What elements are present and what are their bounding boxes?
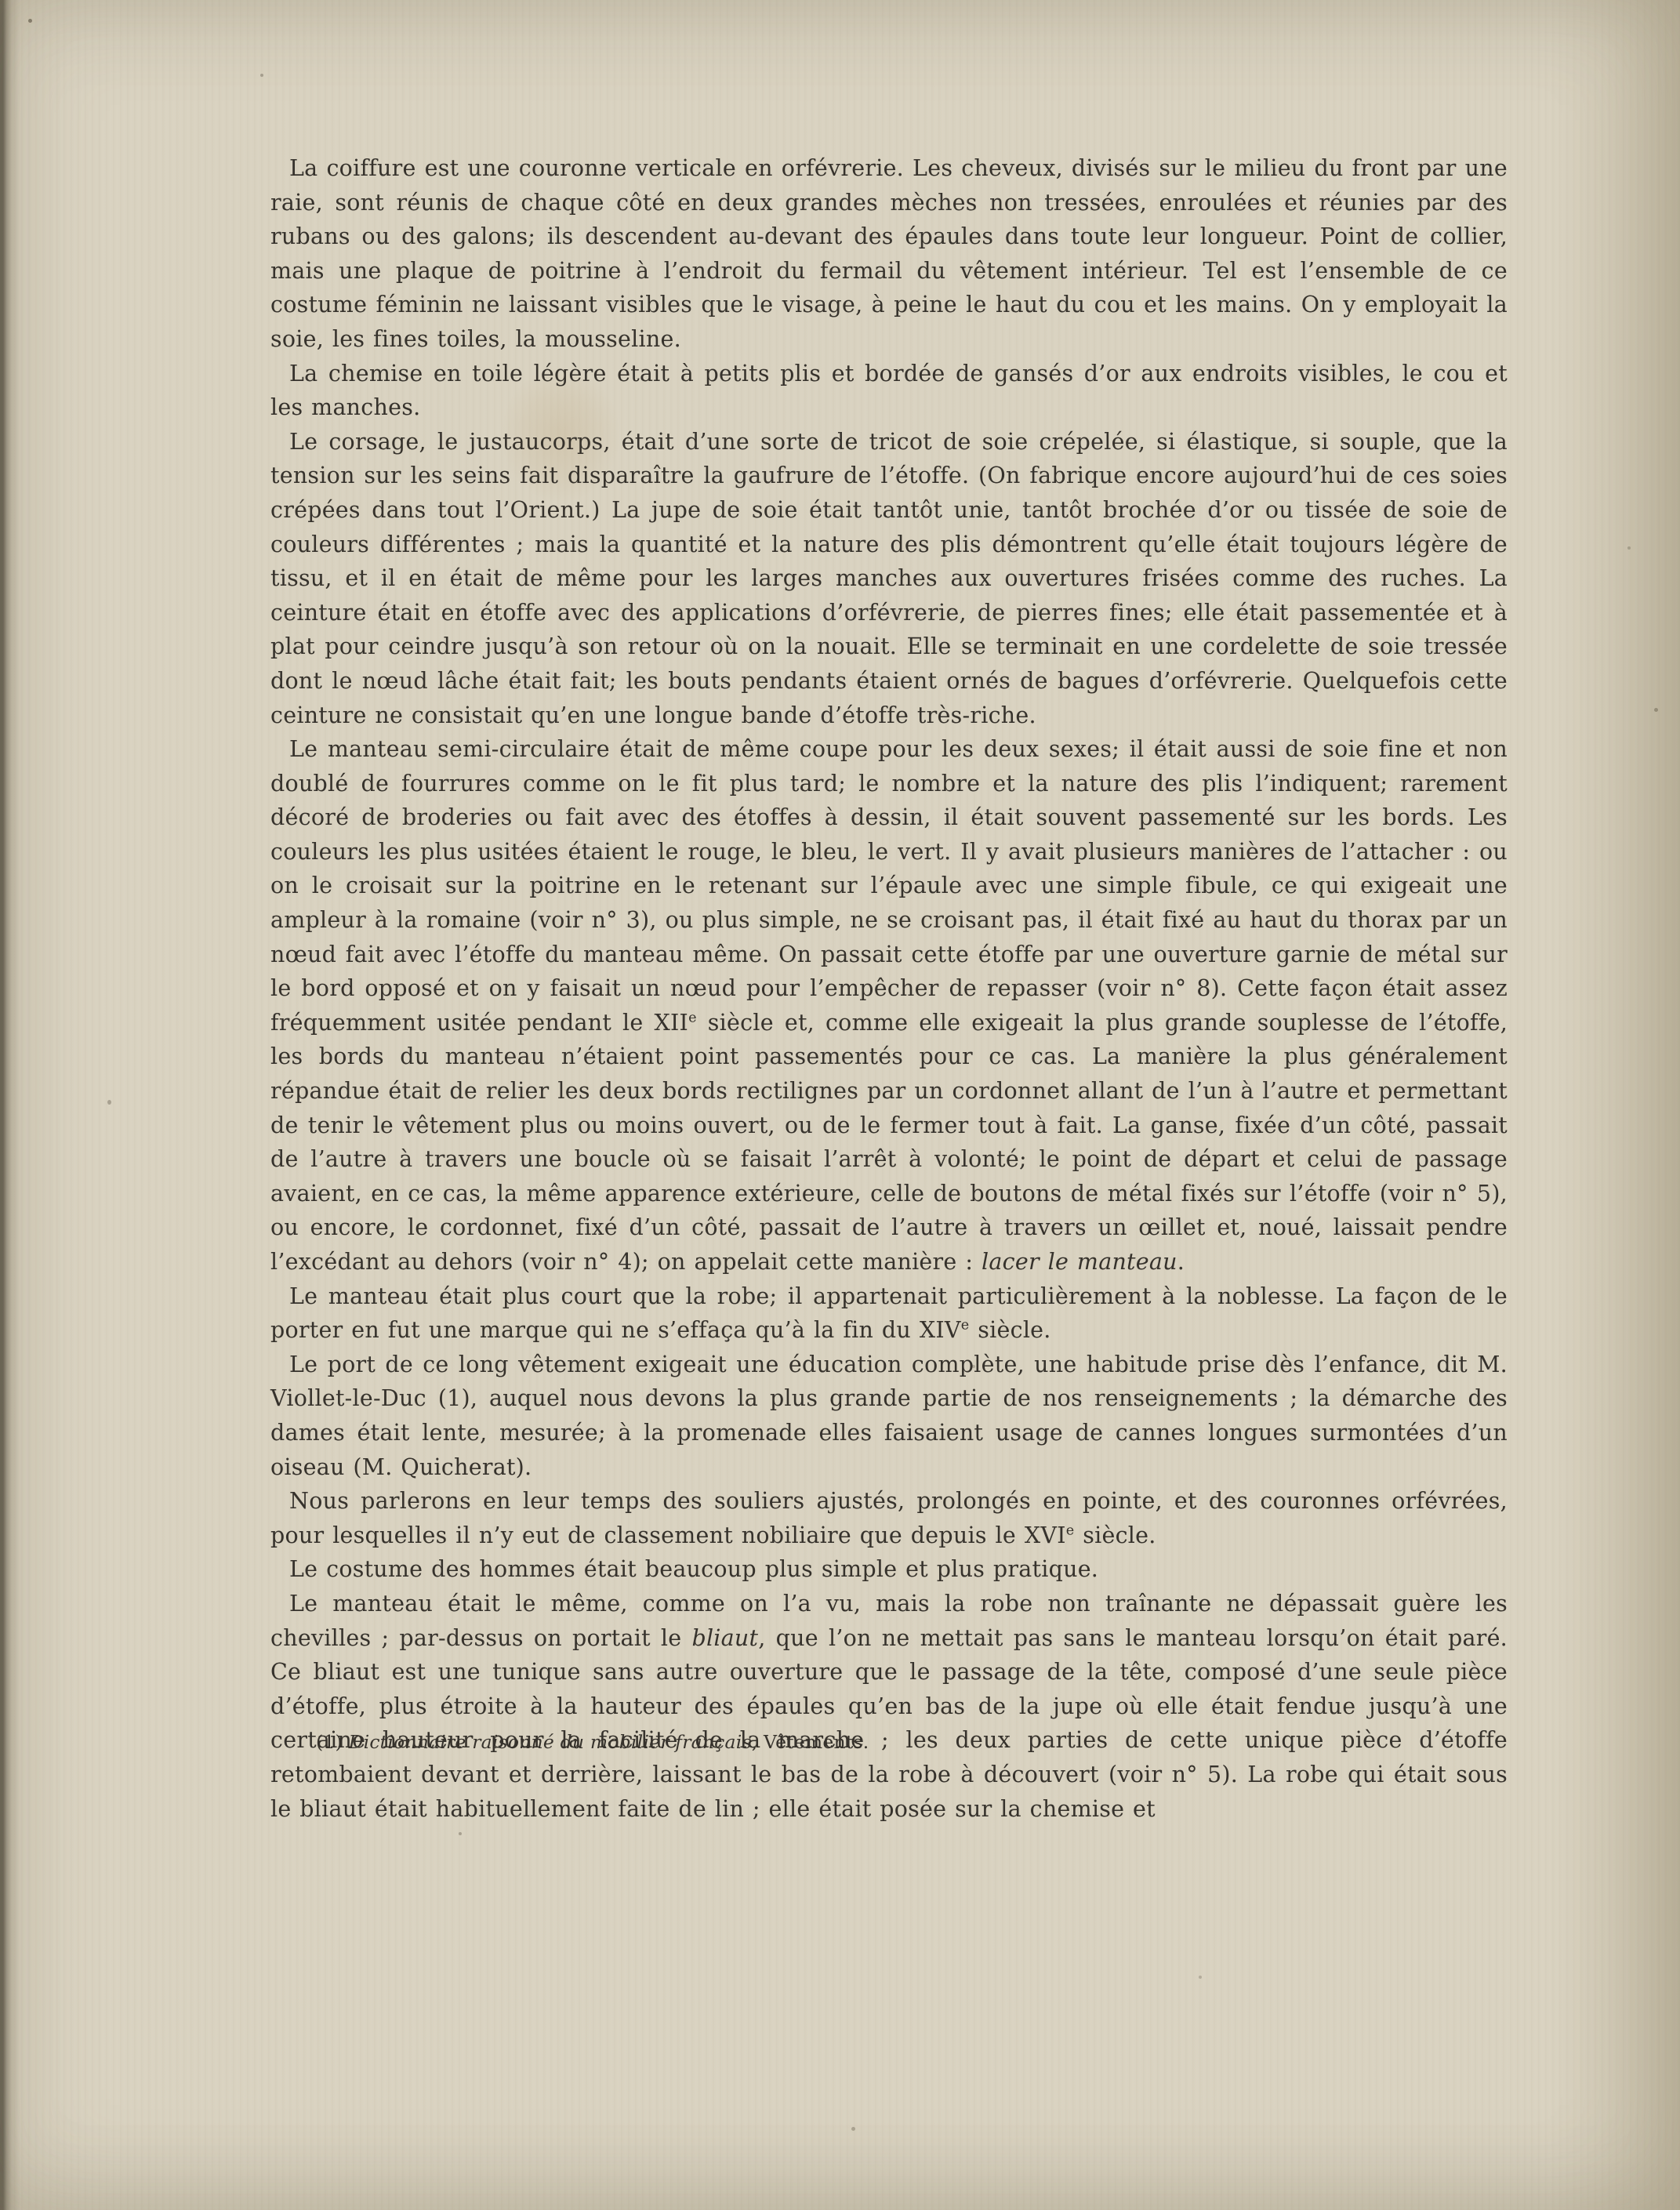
superscript: e — [688, 1010, 697, 1025]
scan-speckle — [260, 74, 263, 77]
text-run: La coiffure est une couronne verticale e… — [270, 155, 1508, 352]
paragraph: Le corsage, le justaucorps, était d’une … — [270, 425, 1508, 732]
paragraph: Le manteau semi-circulaire était de même… — [270, 732, 1508, 1279]
text-run: Le port de ce long vêtement exigeait une… — [270, 1352, 1508, 1480]
text-run: Le corsage, le justaucorps, était d’une … — [270, 429, 1508, 728]
text-run: Le costume des hommes était beaucoup plu… — [289, 1556, 1098, 1582]
text-run: Nous parlerons en leur temps des soulier… — [270, 1488, 1508, 1548]
paragraph: Nous parlerons en leur temps des soulier… — [270, 1484, 1508, 1552]
paragraph: Le manteau était le même, comme on l’a v… — [270, 1587, 1508, 1826]
text-run: Le manteau semi-circulaire était de même… — [270, 736, 1508, 1036]
paragraph: La coiffure est une couronne verticale e… — [270, 151, 1508, 357]
text-run: siècle. — [969, 1317, 1050, 1343]
scan-speckle — [107, 1100, 111, 1105]
scan-speckle — [459, 1832, 462, 1835]
text-run: , que l’on ne mettait pas sans le mantea… — [270, 1625, 1508, 1822]
text-run: siècle. — [1074, 1522, 1156, 1548]
text-column: La coiffure est une couronne verticale e… — [270, 151, 1508, 1826]
italic-text: bliaut — [691, 1625, 758, 1651]
scan-speckle — [851, 2127, 855, 2131]
text-run: (1) — [316, 1731, 349, 1753]
scan-speckle — [1654, 708, 1658, 712]
text-run: . — [1177, 1249, 1185, 1275]
page-right-shading — [1547, 0, 1680, 2210]
paragraph: Le manteau était plus court que la robe;… — [270, 1279, 1508, 1348]
scan-speckle — [1199, 1976, 1202, 1979]
book-left-edge-shadow — [0, 0, 20, 2210]
italic-text: lacer le manteau — [982, 1249, 1177, 1275]
italic-text: Dictionnaire raisonné du mobilier frança… — [349, 1731, 752, 1753]
paragraph: La chemise en toile légère était à petit… — [270, 357, 1508, 425]
scan-speckle — [28, 19, 32, 23]
text-run: , Vêtements. — [752, 1731, 869, 1753]
scan-speckle — [1627, 546, 1631, 550]
text-run: siècle et, comme elle exigeait la plus g… — [270, 1010, 1508, 1275]
scanned-book-page: { "page": { "colors": { "paper": "#d9d2c… — [0, 0, 1680, 2210]
text-run: Le manteau était plus court que la robe;… — [270, 1283, 1508, 1344]
footnote: (1) Dictionnaire raisonné du mobilier fr… — [270, 1729, 1508, 1755]
paragraph: Le port de ce long vêtement exigeait une… — [270, 1348, 1508, 1484]
text-run: La chemise en toile légère était à petit… — [270, 361, 1508, 421]
superscript: e — [961, 1318, 970, 1334]
paragraph: Le costume des hommes était beaucoup plu… — [270, 1552, 1508, 1587]
superscript: e — [1066, 1522, 1075, 1538]
